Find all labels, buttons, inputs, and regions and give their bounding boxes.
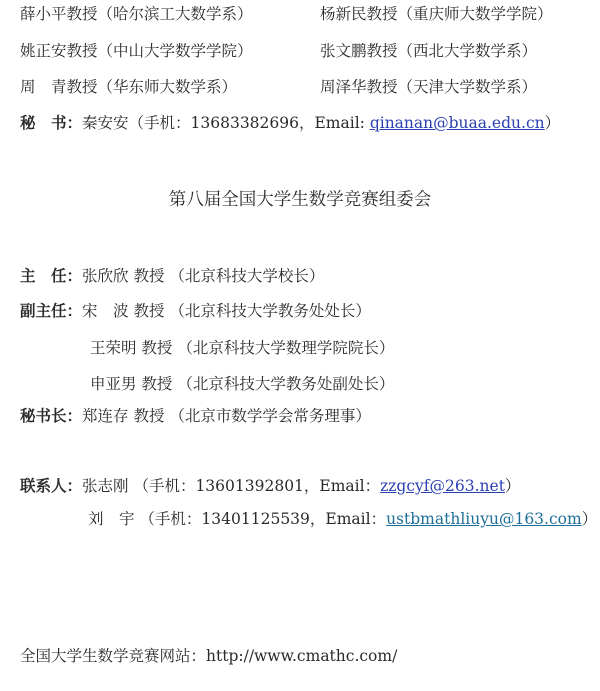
section-title: 第八届全国大学生数学竞赛组委会 <box>0 190 600 210</box>
vice-director-line: 申亚男 教授 （北京科技大学教务处副处长） <box>90 374 394 394</box>
member-left: 周 青教授（华东师大数学系） <box>20 77 237 97</box>
secretary-line: 秘 书：秦安安（手机：13683382696，Email: qinanan@bu… <box>20 113 560 133</box>
member-right: 张文鹏教授（西北大学数学系） <box>320 41 537 61</box>
vice-director-text: 宋 波 教授 （北京科技大学教务处处长） <box>82 302 371 320</box>
member-left: 姚正安教授（中山大学数学学院） <box>20 41 253 61</box>
contact-line: 刘 宇 （手机：13401125539，Email：ustbmathliuyu@… <box>88 509 597 529</box>
contact-text: 张志刚 （手机：13601392801，Email： <box>82 477 380 495</box>
director-label: 主 任： <box>20 266 82 285</box>
secretary-label: 秘 书： <box>20 113 82 132</box>
member-right: 周泽华教授（天津大学数学系） <box>320 77 537 97</box>
director-line: 主 任：张欣欣 教授 （北京科技大学校长） <box>20 266 324 286</box>
close-paren: ） <box>545 114 561 132</box>
member-right: 杨新民教授（重庆师大数学学院） <box>320 4 553 24</box>
vice-director-line: 王荣明 教授 （北京科技大学数理学院院长） <box>90 338 394 358</box>
website-url[interactable]: http://www.cmathc.com/ <box>206 647 397 665</box>
vice-director-label: 副主任： <box>20 301 82 320</box>
close-paren: ） <box>505 477 521 495</box>
secretary-email-link[interactable]: qinanan@buaa.edu.cn <box>370 114 545 132</box>
close-paren: ） <box>582 510 598 528</box>
contact-email-link[interactable]: zzgcyf@263.net <box>380 477 505 495</box>
contact-line: 联系人：张志刚 （手机：13601392801，Email：zzgcyf@263… <box>20 476 520 496</box>
vice-director-line: 副主任：宋 波 教授 （北京科技大学教务处处长） <box>20 301 371 321</box>
website-label: 全国大学生数学竞赛网站： <box>20 647 206 665</box>
secretary-text: 秦安安（手机：13683382696，Email: <box>82 114 370 132</box>
member-left: 薛小平教授（哈尔滨工大数学系） <box>20 4 253 24</box>
secretary-general-text: 郑连存 教授 （北京市数学学会常务理事） <box>82 407 371 425</box>
contacts-label: 联系人： <box>20 476 82 495</box>
director-text: 张欣欣 教授 （北京科技大学校长） <box>82 267 324 285</box>
contact-email-link[interactable]: ustbmathliuyu@163.com <box>386 510 582 528</box>
secretary-general-label: 秘书长： <box>20 406 82 425</box>
contact-text: 刘 宇 （手机：13401125539，Email： <box>88 510 386 528</box>
secretary-general-line: 秘书长：郑连存 教授 （北京市数学学会常务理事） <box>20 406 371 426</box>
website-line: 全国大学生数学竞赛网站：http://www.cmathc.com/ <box>20 646 397 666</box>
